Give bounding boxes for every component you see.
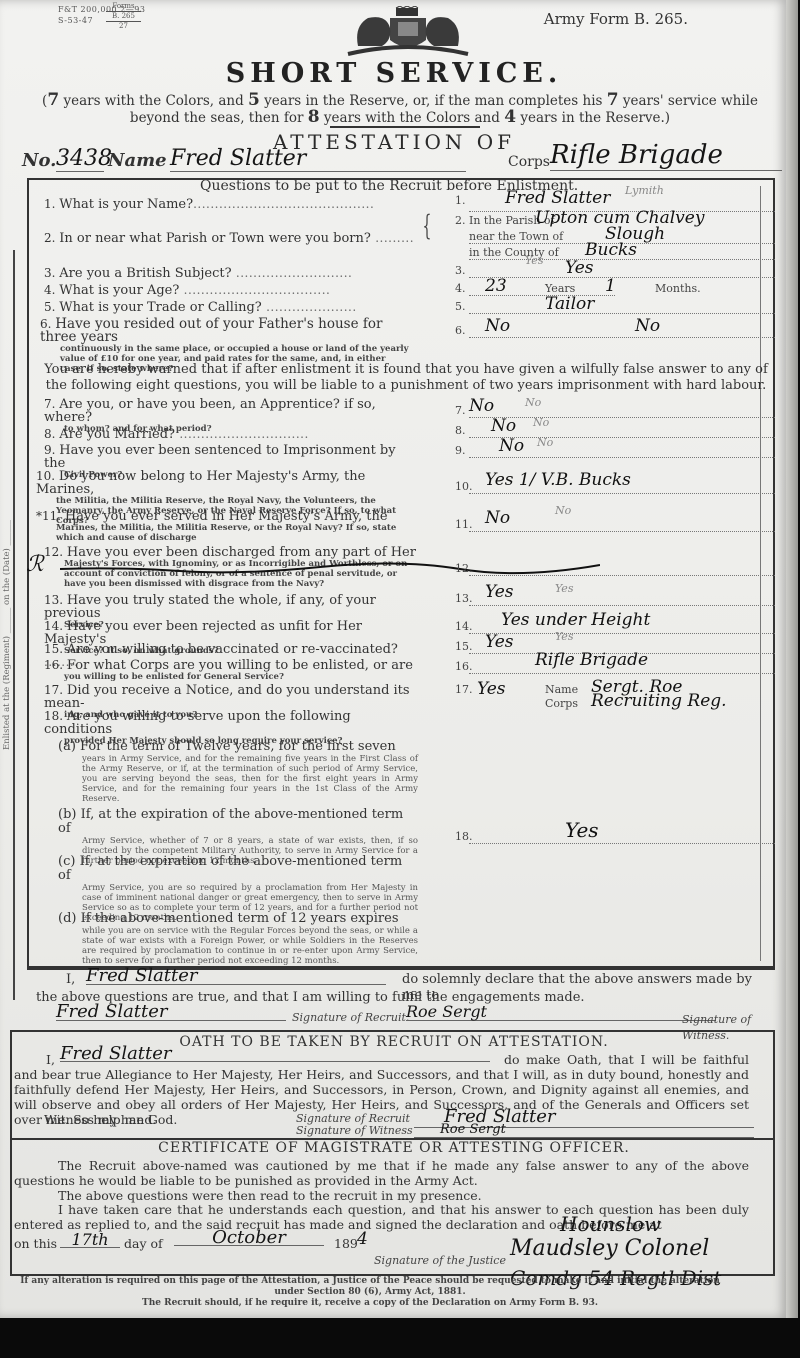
witness-my-hand: Witness my hand.: [44, 1112, 156, 1127]
recruit-name: Fred Slatter: [170, 146, 466, 172]
certificate-paragraph-1: The Recruit above-named was cautioned by…: [14, 1158, 749, 1188]
margin-enlistment-note: Enlisted at the (Regiment) ______ on the…: [2, 320, 18, 750]
recruit-signature: Fred Slatter: [56, 1004, 286, 1021]
declaration-line1: I, Fred Slatter do solemnly declare that…: [36, 972, 776, 990]
corps-value: Rifle Brigade: [550, 140, 782, 171]
form-subtitle: (7 years with the Colors, and 5 years in…: [20, 92, 780, 126]
answer-10: 10.Yes 1/ V.B. Bucks: [455, 480, 775, 496]
certificate-title: CERTIFICATE OF MAGISTRATE OR ATTESTING O…: [0, 1140, 788, 1156]
brace: {: [422, 212, 431, 240]
attestation-form-page: Enlisted at the (Regiment) ______ on the…: [0, 0, 788, 1318]
answer-18: 18.Yes: [455, 830, 775, 846]
answer-2-county: in the County ofBucks: [455, 246, 775, 262]
name-label: Name: [108, 150, 167, 171]
answer-9: 9.NoNo: [455, 444, 775, 460]
question-4: 4. What is your Age? ...................…: [44, 284, 416, 297]
oath-witness-signature: Roe Sergt: [414, 1122, 754, 1138]
justice-signature: Maudsley Colonel: [510, 1236, 709, 1261]
number-label: No.: [22, 150, 56, 171]
justice-label: Signature of the Justice: [374, 1254, 506, 1267]
attestation-date-line: on this 17th day of October 1894: [14, 1236, 414, 1254]
oath-witness-label: Signature of Witness: [296, 1124, 413, 1137]
answer-16: 16.Rifle Brigade: [455, 660, 775, 676]
witness-signature: Roe Sergt: [406, 1004, 716, 1021]
declaration-name: Fred Slatter: [86, 968, 386, 985]
question-8: 8. Are you Married? ....................…: [44, 428, 416, 441]
certificate-paragraph-2: The above questions were then read to th…: [58, 1188, 482, 1203]
answer-4: 4.23Years1Months.: [455, 282, 775, 298]
recruit-id-row: No. 3438 Name Fred Slatter Corps Rifle B…: [22, 146, 782, 176]
question-1: 1. What is your Name?...................…: [44, 198, 416, 211]
recruit-number: 3438: [56, 146, 104, 172]
date-day: 17th: [60, 1232, 120, 1248]
question-5: 5. What is your Trade or Calling? ......…: [44, 301, 416, 314]
forms-reference: Forms B. 265 27: [106, 2, 141, 31]
divider: [10, 1030, 775, 1032]
footnote: If any alteration is required on this pa…: [20, 1276, 720, 1309]
condition-d: (d) If the above-mentioned term of 12 ye…: [58, 912, 418, 966]
date-year-suffix: 4: [357, 1232, 368, 1247]
false-answer-warning: You are hereby warned that if after enli…: [36, 362, 776, 394]
royal-coat-of-arms-icon: [338, 6, 478, 58]
attestation-place: Hounslow: [560, 1212, 661, 1236]
answer-11: 11.NoNo: [455, 518, 775, 534]
question-2: 2. In or near what Parish or Town were y…: [44, 232, 416, 245]
divider: [330, 126, 480, 128]
question-16: 16. For what Corps are you willing to be…: [44, 659, 416, 682]
question-11: *11. Have you ever served in Her Majesty…: [36, 510, 408, 543]
declaration-signatures: Fred Slatter Signature of Recruit. Roe S…: [36, 1008, 776, 1028]
answer-6: 6.NoNo: [455, 324, 775, 340]
initial-mark: ℛ: [26, 552, 44, 577]
condition-a: (a) For the term of Twelve years, for th…: [58, 740, 418, 804]
corps-label: Corps: [508, 154, 550, 170]
answer-13: 13.YesYes: [455, 592, 775, 608]
answer-5: 5.Tailor: [455, 300, 775, 316]
form-title: SHORT SERVICE.: [0, 58, 788, 89]
army-form-number: Army Form B. 265.: [544, 10, 688, 28]
date-month: October: [174, 1230, 324, 1246]
answer-17: 17.Yes NameSergt. Roe CorpsRecruiting Re…: [455, 683, 775, 713]
question-3: 3. Are you a British Subject? ..........…: [44, 267, 416, 280]
answer-12: 12.: [455, 562, 775, 578]
